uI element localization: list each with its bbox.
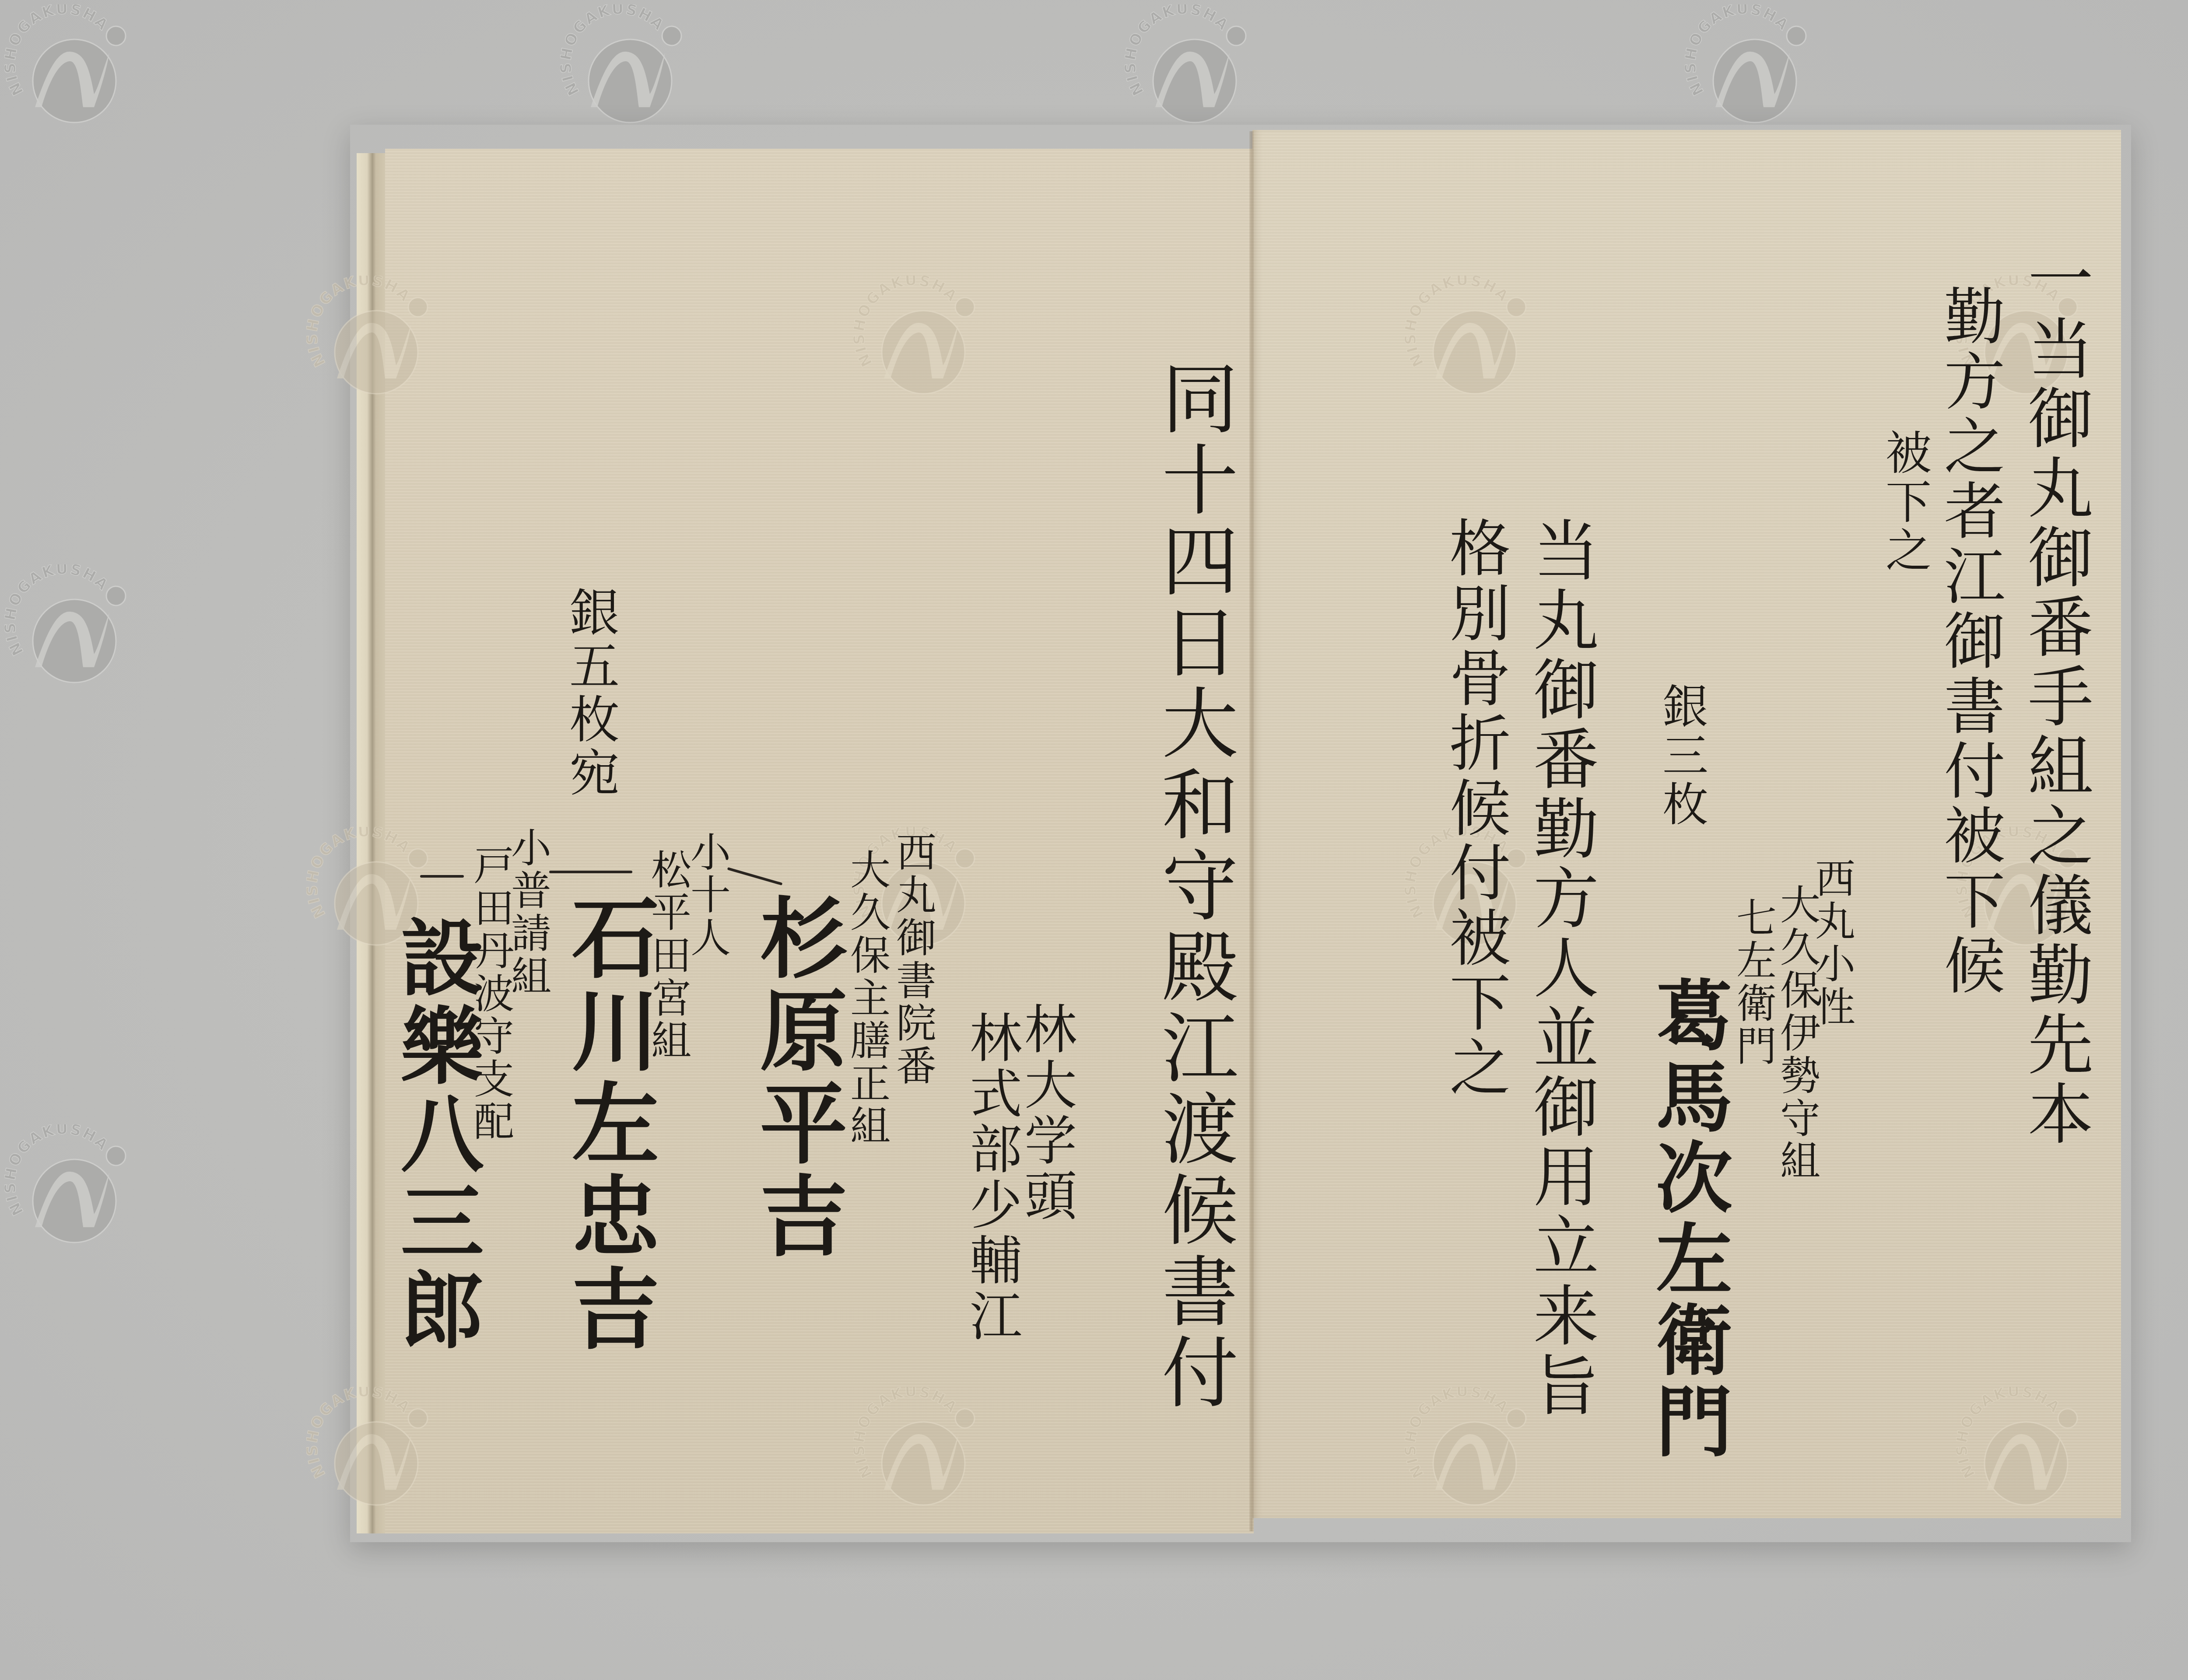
right-col-silver-three: 銀三枚 bbox=[1659, 682, 1704, 829]
left-col-name-2: 石川左忠吉 bbox=[565, 892, 652, 1356]
right-col-1: 一当御丸御番手組之儀勤先本 bbox=[2022, 245, 2087, 1149]
left-col-unit-3: 小十人 bbox=[687, 831, 727, 959]
left-col-name-3: 設樂八三郎 bbox=[394, 914, 477, 1355]
watermark-logo-icon: NISHOGAKUSHA bbox=[1685, 4, 1816, 136]
right-col-annot-3: 七左衛門 bbox=[1733, 897, 1773, 1067]
right-col-name: 葛馬次左衛門 bbox=[1650, 976, 1726, 1463]
svg-text:NISHOGAKUSHA: NISHOGAKUSHA bbox=[4, 4, 112, 98]
watermark-logo-icon: NISHOGAKUSHA bbox=[4, 1124, 136, 1256]
left-col-addressee-1: 林大学頭 bbox=[1020, 1002, 1072, 1225]
right-col-8: 格別骨折候付被下之 bbox=[1444, 516, 1505, 1101]
watermark-logo-icon: NISHOGAKUSHA bbox=[4, 4, 136, 136]
svg-text:NISHOGAKUSHA: NISHOGAKUSHA bbox=[1125, 4, 1232, 98]
left-col-addressee-2: 林式部少輔江 bbox=[965, 1011, 1017, 1344]
bullet-dash bbox=[420, 875, 464, 878]
svg-text:NISHOGAKUSHA: NISHOGAKUSHA bbox=[4, 564, 112, 658]
svg-text:NISHOGAKUSHA: NISHOGAKUSHA bbox=[560, 4, 668, 98]
left-col-unit-1: 西丸御書院番 bbox=[893, 831, 933, 1087]
right-col-7: 当丸御番勤方人並御用立来旨 bbox=[1527, 516, 1593, 1421]
right-col-3: 被下之 bbox=[1882, 429, 1928, 575]
watermark-logo-icon: NISHOGAKUSHA bbox=[1125, 4, 1256, 136]
svg-text:NISHOGAKUSHA: NISHOGAKUSHA bbox=[1685, 4, 1792, 98]
watermark-logo-icon: NISHOGAKUSHA bbox=[4, 564, 136, 696]
watermark-logo-icon: NISHOGAKUSHA bbox=[560, 4, 691, 136]
left-col-name-1: 杉原平吉 bbox=[753, 892, 840, 1263]
svg-text:NISHOGAKUSHA: NISHOGAKUSHA bbox=[4, 1124, 112, 1218]
book-gutter bbox=[1249, 131, 1254, 1531]
left-col-unit-2: 大久保主膳正組 bbox=[847, 849, 887, 1148]
left-col-silver-five: 銀五枚宛 bbox=[565, 586, 615, 800]
left-col-heading: 同十四日大和守殿江渡候書付 bbox=[1155, 359, 1232, 1414]
right-col-2: 勤方之者江御書付被下候 bbox=[1939, 284, 2000, 998]
bullet-dash bbox=[549, 871, 632, 873]
right-col-annot-2: 大久保伊勢守組 bbox=[1777, 884, 1817, 1183]
